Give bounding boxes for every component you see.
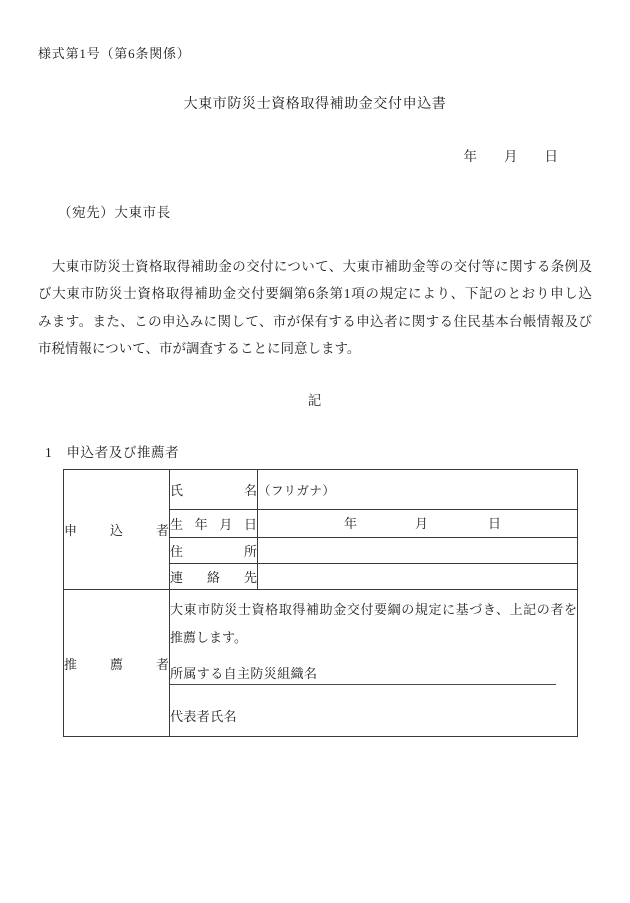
body-paragraph: 大東市防災士資格取得補助金の交付について、大東市補助金等の交付等に関する条例及 … bbox=[38, 253, 592, 363]
birthdate-label: 生年月日 bbox=[170, 510, 258, 538]
day-unit-label: 日 bbox=[488, 510, 501, 537]
organization-field: 所属する自主防災組織名 bbox=[170, 663, 577, 685]
body-line-2: び大東市防災士資格取得補助金交付要綱第6条第1項の規定により、下記のとおり申し込 bbox=[38, 280, 592, 307]
contact-label: 連絡先 bbox=[170, 564, 258, 590]
address-label: 住所 bbox=[170, 538, 258, 564]
recommendation-cell: 大東市防災士資格取得補助金交付要綱の規定に基づき、上記の者を 推薦します。 所属… bbox=[170, 590, 578, 737]
recommendation-line-2: 推薦します。 bbox=[170, 624, 577, 652]
section-1-heading: 1 申込者及び推薦者 bbox=[45, 445, 179, 460]
name-label: 氏名 bbox=[170, 470, 258, 510]
month-unit-label: 月 bbox=[415, 510, 428, 537]
table-row: 推薦者 大東市防災士資格取得補助金交付要綱の規定に基づき、上記の者を 推薦します… bbox=[64, 590, 578, 737]
body-line-4: 市税情報について、市が調査することに同意します。 bbox=[38, 335, 592, 362]
body-line-1: 大東市防災士資格取得補助金の交付について、大東市補助金等の交付等に関する条例及 bbox=[38, 253, 592, 280]
recommendation-line-1: 大東市防災士資格取得補助金交付要綱の規定に基づき、上記の者を bbox=[170, 596, 577, 624]
address-value-cell bbox=[258, 538, 578, 564]
table-row: 申込者 氏名 （フリガナ） bbox=[64, 470, 578, 510]
addressee-line: （宛先）大東市長 bbox=[58, 205, 171, 220]
representative-field-label: 代表者氏名 bbox=[170, 703, 577, 731]
body-line-3: みます。また、この申込みに関して、市が保有する申込者に関する住民基本台帳情報及び bbox=[38, 308, 592, 335]
page-title: 大東市防災士資格取得補助金交付申込書 bbox=[0, 97, 630, 113]
contact-value-cell bbox=[258, 564, 578, 590]
furigana-hint: （フリガナ） bbox=[258, 484, 335, 498]
ki-marker: 記 bbox=[0, 393, 630, 408]
document-page: 様式第1号（第6条関係） 大東市防災士資格取得補助金交付申込書 年 月 日 （宛… bbox=[0, 0, 630, 903]
organization-field-label: 所属する自主防災組織名 bbox=[170, 663, 556, 685]
form-number: 様式第1号（第6条関係） bbox=[38, 46, 191, 61]
date-line: 年 月 日 bbox=[464, 149, 559, 164]
birthdate-value-cell: 年 月 日 bbox=[258, 510, 578, 538]
recommender-group-label: 推薦者 bbox=[64, 590, 170, 737]
name-value-cell: （フリガナ） bbox=[258, 470, 578, 510]
applicant-group-label: 申込者 bbox=[64, 470, 170, 590]
applicant-recommender-table: 申込者 氏名 （フリガナ） 生年月日 年 月 日 住所 連絡先 bbox=[63, 469, 578, 737]
year-unit-label: 年 bbox=[344, 510, 357, 537]
